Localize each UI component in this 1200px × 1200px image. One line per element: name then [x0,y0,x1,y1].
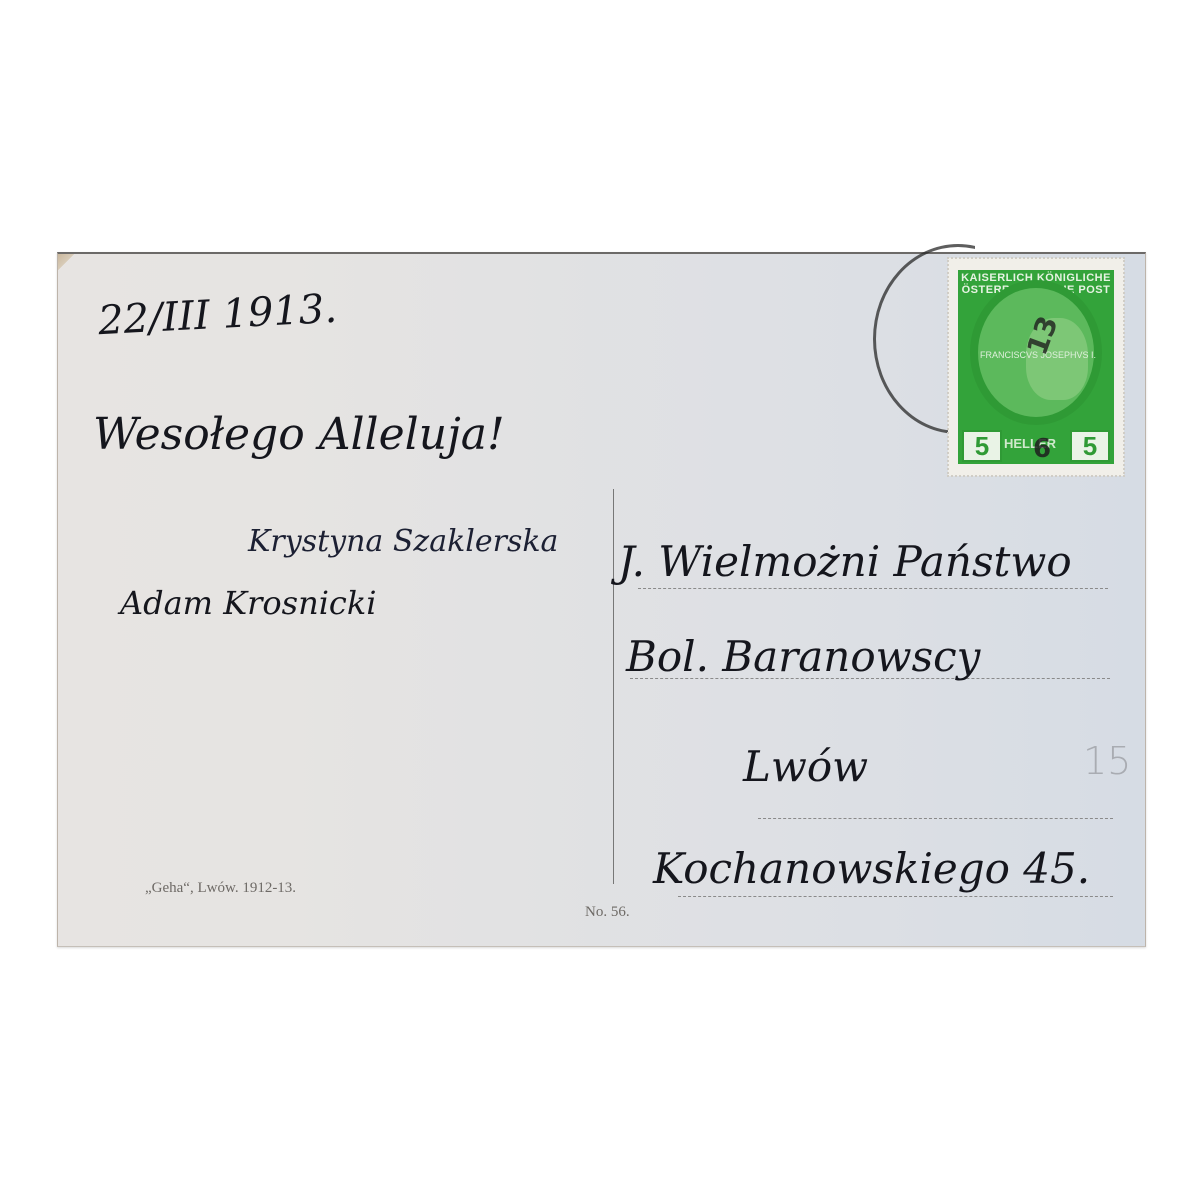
postmark-mark: 6 [1033,434,1051,464]
address-rule-4 [678,896,1113,897]
address-rule-1 [638,588,1108,589]
signature-1: Krystyna Szaklerska [248,524,558,559]
center-divider [613,489,614,884]
address-line-1: J. Wielmożni Państwo [618,537,1072,586]
stamp-value-right: 5 [1070,430,1110,462]
address-rule-3 [758,818,1113,819]
handwritten-date: 22/III 1913. [97,286,338,344]
address-line-4: Kochanowskiego 45. [653,844,1090,893]
address-line-3: Lwów [743,742,868,791]
postcard: 22/III 1913. Wesołego Alleluja! Krystyna… [57,252,1146,947]
signature-2: Adam Krosnicki [120,584,376,622]
handwritten-greeting: Wesołego Alleluja! [93,409,505,460]
pencil-note: 15 [1083,739,1131,783]
card-number: No. 56. [585,904,630,921]
address-line-2: Bol. Baranowscy [626,632,980,681]
publisher-imprint: „Geha“, Lwów. 1912-13. [145,880,296,897]
stamp-value-left: 5 [962,430,1002,462]
